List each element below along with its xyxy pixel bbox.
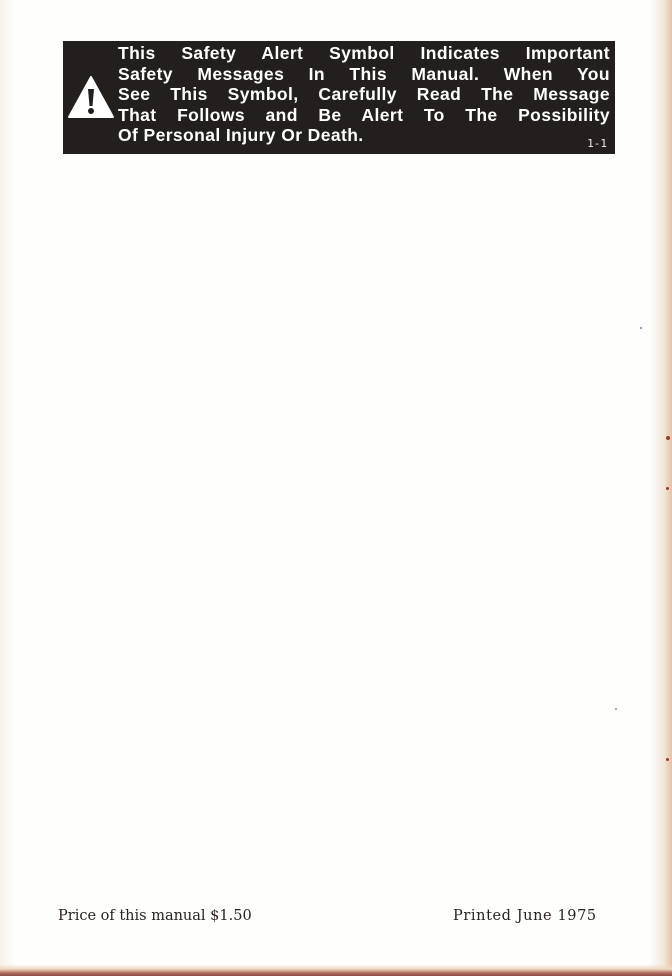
alert-line: Of Personal Injury Or Death. (118, 125, 610, 146)
paper-speck (666, 436, 670, 440)
alert-line: See This Symbol, Carefully Read The Mess… (118, 84, 610, 105)
warning-triangle-icon (67, 75, 115, 119)
paper-speck (666, 758, 669, 761)
price-label: Price of this manual $1.50 (58, 908, 252, 924)
paper-speck (640, 327, 642, 329)
manual-page: This Safety Alert Symbol Indicates Impor… (0, 0, 672, 976)
alert-line: This Safety Alert Symbol Indicates Impor… (118, 43, 610, 64)
safety-alert-box: This Safety Alert Symbol Indicates Impor… (63, 41, 615, 154)
alert-line: Safety Messages In This Manual. When You (118, 64, 610, 85)
section-code: 1-1 (587, 137, 607, 150)
paper-speck (666, 487, 669, 490)
page-edge-bottom (0, 964, 672, 976)
alert-line: That Follows and Be Alert To The Possibi… (118, 105, 610, 126)
print-date-label: Printed June 1975 (453, 908, 597, 924)
paper-speck (615, 708, 617, 710)
safety-alert-message: This Safety Alert Symbol Indicates Impor… (118, 43, 610, 146)
